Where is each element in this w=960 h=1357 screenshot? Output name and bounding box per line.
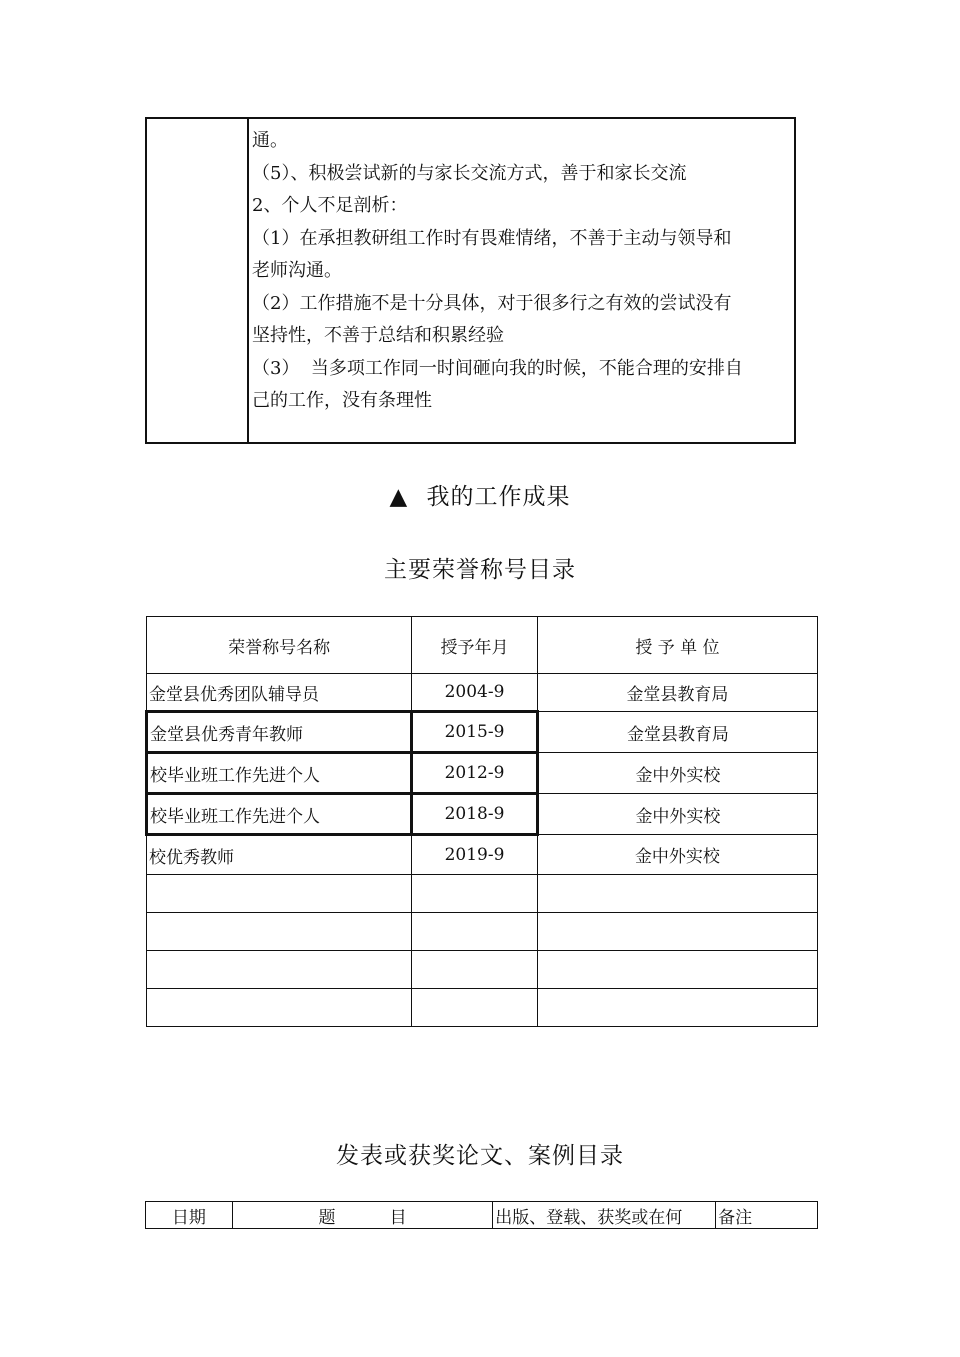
honor-name: 校毕业班工作先进个人 — [147, 794, 412, 835]
empty-cell — [537, 875, 817, 913]
honor-name: 校优秀教师 — [147, 835, 412, 875]
text-line: 坚持性，不善于总结和积累经验 — [252, 320, 797, 353]
honor-name: 校毕业班工作先进个人 — [147, 753, 412, 794]
header-unit: 授 予 单 位 — [537, 617, 817, 674]
honor-date: 2015-9 — [412, 712, 538, 753]
header-date: 授予年月 — [412, 617, 538, 674]
honor-unit: 金堂县教育局 — [537, 712, 817, 753]
empty-cell — [147, 989, 412, 1027]
table-header-row: 日期 题 目 出版、登载、获奖或在何 备注 — [146, 1202, 818, 1229]
honor-date: 2019-9 — [412, 835, 538, 875]
papers-title: 发表或获奖论文、案例目录 — [0, 1137, 960, 1170]
text-line: 老师沟通。 — [252, 255, 797, 288]
text-line: （3） 当多项工作同一时间砸向我的时候，不能合理的安排自 — [252, 353, 797, 386]
empty-cell — [537, 989, 817, 1027]
self-analysis-text: 通。 （5）、积极尝试新的与家长交流方式，善于和家长交流 2、个人不足剖析： （… — [252, 125, 797, 418]
table-row-empty — [147, 875, 818, 913]
honor-date: 2018-9 — [412, 794, 538, 835]
empty-cell — [147, 951, 412, 989]
header-title: 题 目 — [232, 1202, 492, 1229]
text-line: 己的工作，没有条理性 — [252, 385, 797, 418]
honors-title: 主要荣誉称号目录 — [0, 551, 960, 584]
text-line: （2）工作措施不是十分具体，对于很多行之有效的尝试没有 — [252, 288, 797, 321]
text-line: 通。 — [252, 125, 797, 158]
empty-cell — [412, 913, 538, 951]
table-header-row: 荣誉称号名称 授予年月 授 予 单 位 — [147, 617, 818, 674]
empty-cell — [412, 875, 538, 913]
header-publication: 出版、登载、获奖或在何 — [493, 1202, 716, 1229]
label-cell — [147, 119, 249, 442]
table-row: 金堂县优秀青年教师 2015-9 金堂县教育局 — [147, 712, 818, 753]
honor-unit: 金中外实校 — [537, 753, 817, 794]
table-row: 校优秀教师 2019-9 金中外实校 — [147, 835, 818, 875]
section-heading: ▲ 我的工作成果 — [0, 478, 960, 511]
section-title: 我的工作成果 — [427, 484, 571, 510]
text-line: （1）在承担教研组工作时有畏难情绪，不善于主动与领导和 — [252, 223, 797, 256]
empty-cell — [537, 951, 817, 989]
honor-date: 2012-9 — [412, 753, 538, 794]
triangle-icon: ▲ — [389, 484, 408, 510]
papers-table: 日期 题 目 出版、登载、获奖或在何 备注 — [145, 1201, 818, 1229]
empty-cell — [147, 913, 412, 951]
self-analysis-table: 通。 （5）、积极尝试新的与家长交流方式，善于和家长交流 2、个人不足剖析： （… — [145, 117, 796, 444]
table-row-empty — [147, 913, 818, 951]
honor-name: 金堂县优秀团队辅导员 — [147, 674, 412, 712]
empty-cell — [537, 913, 817, 951]
text-line: 2、个人不足剖析： — [252, 190, 797, 223]
header-notes: 备注 — [716, 1202, 818, 1229]
empty-cell — [412, 951, 538, 989]
empty-cell — [147, 875, 412, 913]
table-row: 校毕业班工作先进个人 2018-9 金中外实校 — [147, 794, 818, 835]
table-row: 金堂县优秀团队辅导员 2004-9 金堂县教育局 — [147, 674, 818, 712]
honor-date: 2004-9 — [412, 674, 538, 712]
text-line: （5）、积极尝试新的与家长交流方式，善于和家长交流 — [252, 158, 797, 191]
table-row-empty — [147, 989, 818, 1027]
empty-cell — [412, 989, 538, 1027]
table-row: 校毕业班工作先进个人 2012-9 金中外实校 — [147, 753, 818, 794]
honor-name: 金堂县优秀青年教师 — [147, 712, 412, 753]
header-honor-name: 荣誉称号名称 — [147, 617, 412, 674]
honor-unit: 金中外实校 — [537, 835, 817, 875]
honor-unit: 金堂县教育局 — [537, 674, 817, 712]
honor-unit: 金中外实校 — [537, 794, 817, 835]
honors-table: 荣誉称号名称 授予年月 授 予 单 位 金堂县优秀团队辅导员 2004-9 金堂… — [145, 616, 818, 1027]
table-row-empty — [147, 951, 818, 989]
header-date: 日期 — [146, 1202, 233, 1229]
